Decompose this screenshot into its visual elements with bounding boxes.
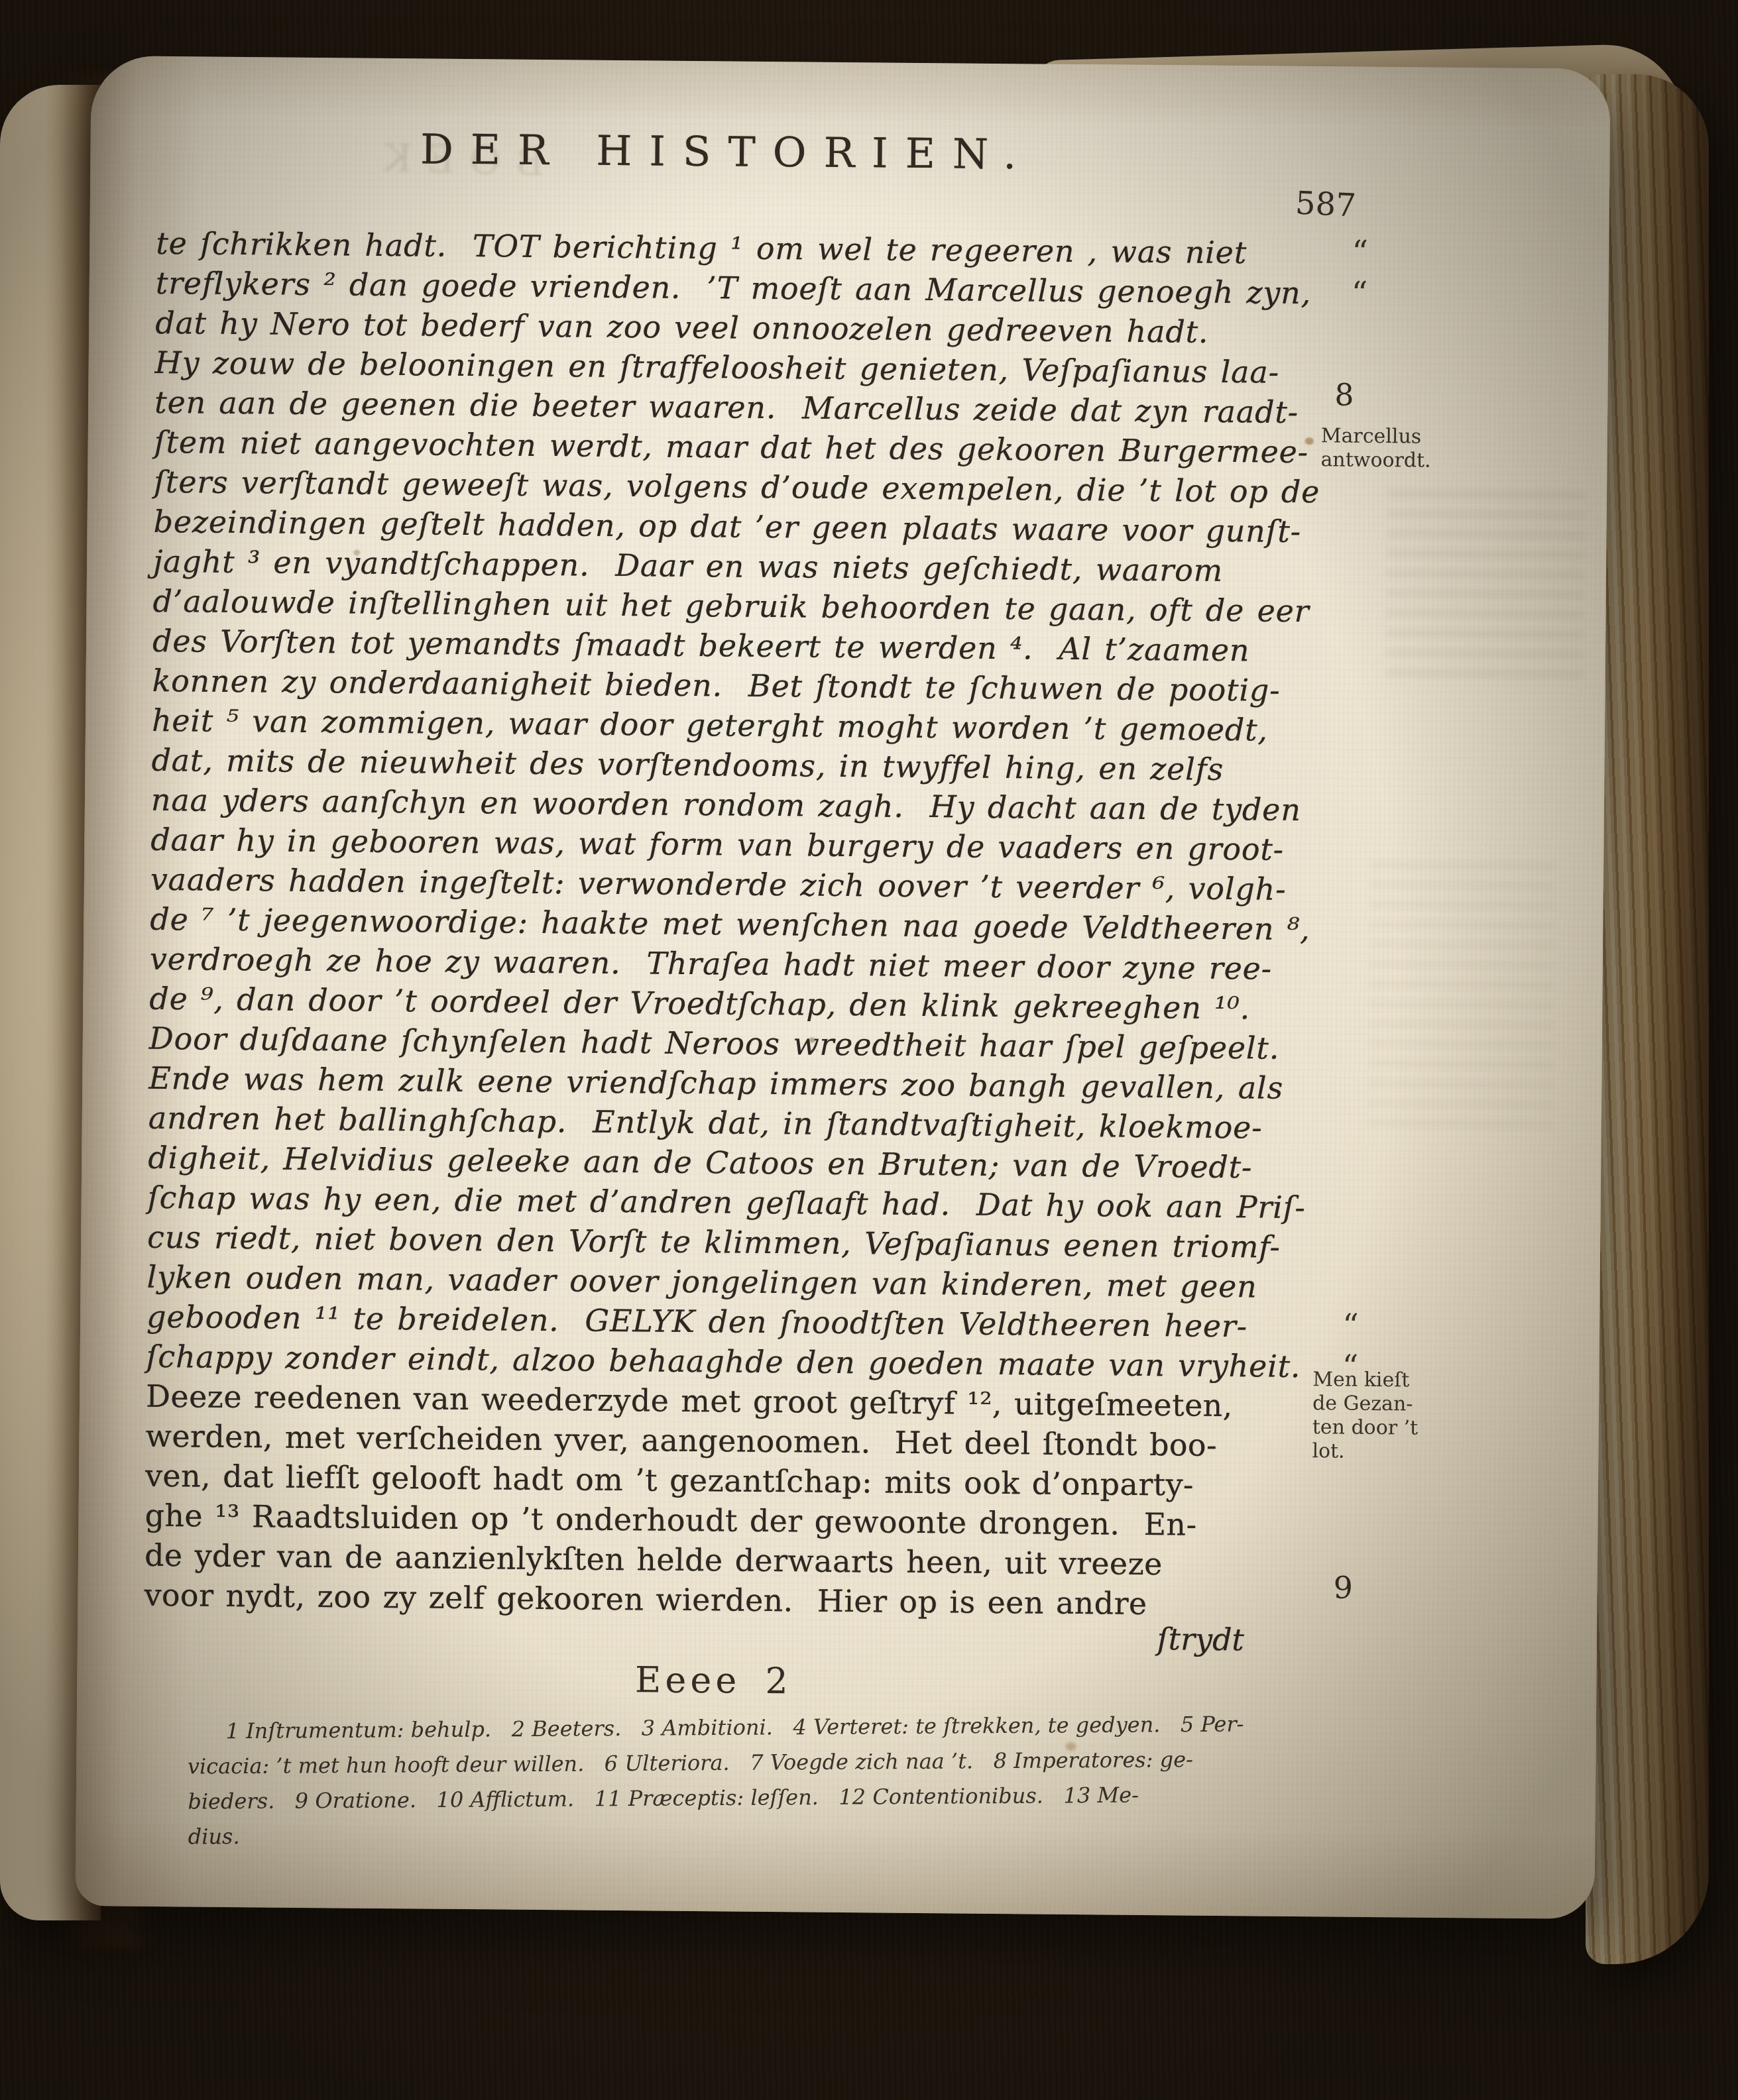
book-photograph: BOEK DER HISTORIEN. 587 te ſchrikken had…: [0, 0, 1738, 2100]
photo-vignette: [0, 0, 1738, 2100]
